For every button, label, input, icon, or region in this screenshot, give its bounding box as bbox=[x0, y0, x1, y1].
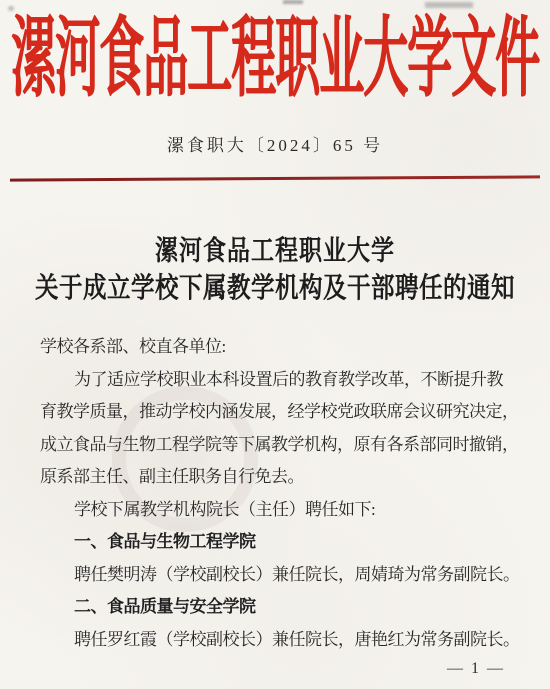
body-line: 学校下属教学机构院长（主任）聘任如下: bbox=[40, 494, 516, 527]
notice-title: 漯河食品工程职业大学 关于成立学校下属教学机构及干部聘任的通知 bbox=[0, 231, 550, 309]
body-line: 学校各系部、校直各单位: bbox=[40, 331, 516, 364]
body-line: 为了适应学校职业本科设置后的教育教学改革，不断提升教 bbox=[40, 364, 516, 397]
body-line: 聘任罗红霞（学校副校长）兼任院长，唐艳红为常务副院长。 bbox=[40, 624, 516, 657]
document-page: 漯河食品工程职业大学文件 漯食职大〔2024〕65 号 漯河食品工程职业大学 关… bbox=[0, 0, 550, 689]
body-line: 原系部主任、副主任职务自行免去。 bbox=[40, 461, 516, 494]
scan-smudge bbox=[283, 0, 303, 4]
notice-title-line1: 漯河食品工程职业大学 bbox=[0, 231, 550, 270]
scan-smudge bbox=[425, 2, 473, 8]
letterhead-title: 漯河食品工程职业大学文件 bbox=[0, 14, 550, 104]
section-heading: 一、食品与生物工程学院 bbox=[40, 526, 516, 559]
body-text: 学校各系部、校直各单位:为了适应学校职业本科设置后的教育教学改革，不断提升教育教… bbox=[40, 331, 516, 656]
notice-title-line2: 关于成立学校下属教学机构及干部聘任的通知 bbox=[0, 270, 550, 309]
body-line: 育教学质量，推动学校内涵发展，经学校党政联席会议研究决定， bbox=[40, 396, 516, 429]
body-line: 聘任樊明涛（学校副校长）兼任院长，周婧琦为常务副院长。 bbox=[40, 559, 516, 592]
page-number: — 1 — bbox=[447, 660, 505, 678]
body-line: 成立食品与生物工程学院等下属教学机构，原有各系部同时撤销， bbox=[40, 429, 516, 462]
section-heading: 二、食品质量与安全学院 bbox=[40, 591, 516, 624]
red-divider-rule bbox=[10, 175, 540, 181]
document-number: 漯食职大〔2024〕65 号 bbox=[0, 134, 550, 158]
